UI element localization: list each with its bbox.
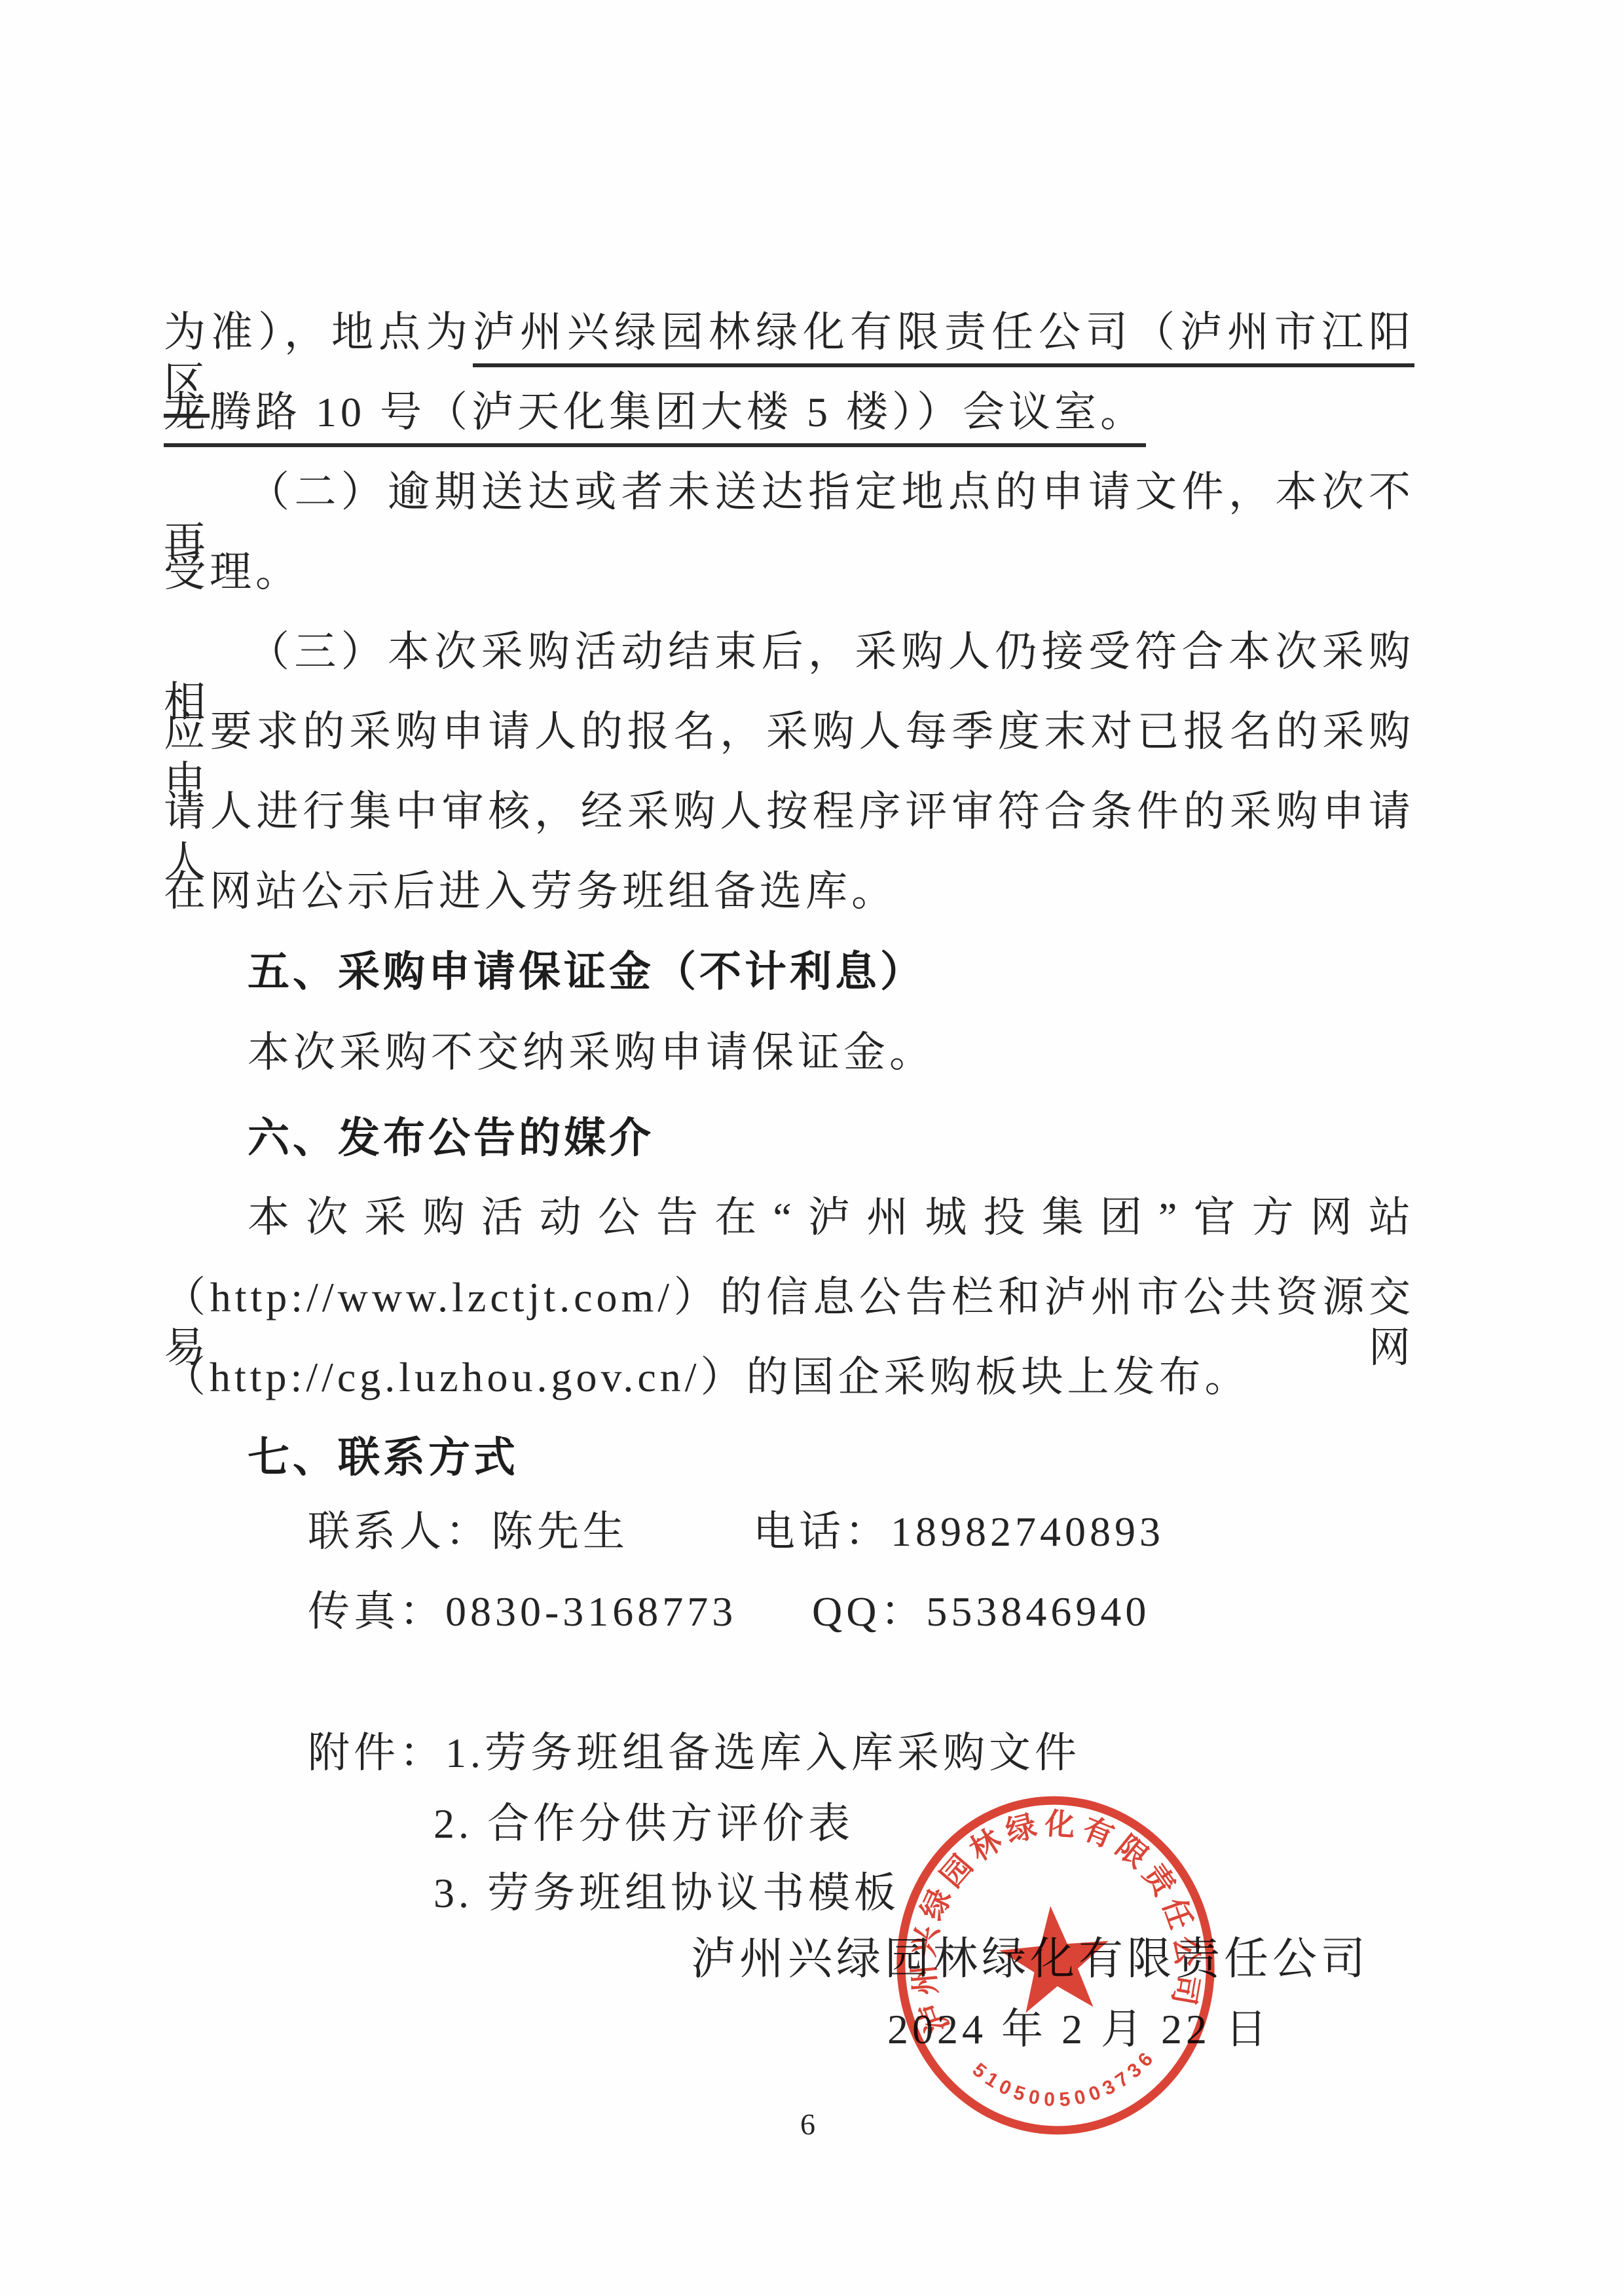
text-segment: 附件：1.劳务班组备选库入库采购文件 xyxy=(308,1730,1080,1776)
text-segment: （http://cg.luzhou.gov.cn/）的国企采购板块上发布。 xyxy=(164,1354,1251,1400)
underlined-text: 龙腾路 10 号（泸天化集团大楼 5 楼））会议室。 xyxy=(164,389,1146,447)
text-segment: 七、联系方式 xyxy=(248,1434,519,1481)
attachment-line-3: 3. 劳务班组协议书模板 xyxy=(434,1868,900,1919)
text-segment: 2. 合作分供方评价表 xyxy=(434,1800,854,1847)
text-segment: 受理。 xyxy=(164,549,301,595)
attachment-line-2: 2. 合作分供方评价表 xyxy=(434,1799,854,1850)
document-page: 为准），地点为泸州兴绿园林绿化有限责任公司（泸州市江阳区龙腾路 10 号（泸天化… xyxy=(0,0,1624,2296)
para-deposit: 本次采购不交纳采购申请保证金。 xyxy=(164,1028,935,1078)
text-segment: QQ：553846940 xyxy=(812,1588,1150,1635)
page-number: 6 xyxy=(800,2107,815,2141)
text-segment: 电话：18982740893 xyxy=(753,1508,1164,1555)
text-segment: 为准），地点为 xyxy=(164,309,473,355)
contact-person: 联系人：陈先生 xyxy=(308,1507,629,1558)
para-after-activity-line-4: 在网站公示后进入劳务班组备选库。 xyxy=(164,867,897,917)
text-segment: （二）逾期送达或者未送达指定地点的申请文件，本次不再 xyxy=(164,469,1414,566)
attachment-line-1: 附件：1.劳务班组备选库入库采购文件 xyxy=(308,1728,1080,1779)
contact-fax: 传真：0830-3168773 xyxy=(308,1587,737,1637)
para-media-line-3: （http://cg.luzhou.gov.cn/）的国企采购板块上发布。 xyxy=(164,1353,1251,1403)
text-segment: 六、发布公告的媒介 xyxy=(248,1114,654,1161)
company-seal: 泸州兴绿园林绿化有限责任公司 5105005003736 xyxy=(877,1768,1235,2162)
para-venue-line-2: 龙腾路 10 号（泸天化集团大楼 5 楼））会议室。 xyxy=(164,388,1146,438)
heading-section-5: 五、采购申请保证金（不计利息） xyxy=(164,947,925,997)
para-media-line-1: 本次采购活动公告在“泸州城投集团”官方网站 xyxy=(164,1193,1414,1243)
text-segment: 传真：0830-3168773 xyxy=(308,1588,737,1635)
contact-qq: QQ：553846940 xyxy=(812,1587,1150,1637)
text-segment: 本次采购不交纳采购申请保证金。 xyxy=(248,1029,935,1076)
text-segment: 联系人：陈先生 xyxy=(308,1508,629,1555)
heading-section-7: 七、联系方式 xyxy=(164,1432,519,1483)
seal-star-icon xyxy=(996,1901,1115,2014)
heading-section-6: 六、发布公告的媒介 xyxy=(164,1113,654,1163)
text-segment: 五、采购申请保证金（不计利息） xyxy=(248,948,925,995)
para-overdue-line-2: 受理。 xyxy=(164,547,301,598)
text-segment: 在网站公示后进入劳务班组备选库。 xyxy=(164,868,897,915)
contact-phone: 电话：18982740893 xyxy=(753,1507,1164,1558)
para-overdue-line-1: （二）逾期送达或者未送达指定地点的申请文件，本次不再 xyxy=(164,467,1414,568)
text-segment: 3. 劳务班组协议书模板 xyxy=(434,1870,900,1916)
text-segment: 本次采购活动公告在“泸州城投集团”官方网站 xyxy=(248,1194,1414,1241)
